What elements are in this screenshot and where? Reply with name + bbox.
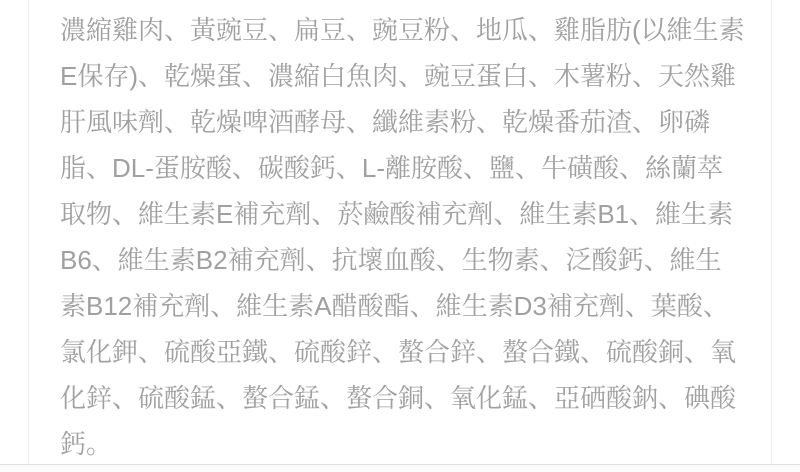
ingredient-text-line: E保存)、乾燥蛋、濃縮白魚肉、豌豆蛋白、木薯粉、天然雞 <box>60 53 771 99</box>
ingredients-page: 濃縮雞肉、黃豌豆、扁豆、豌豆粉、地瓜、雞脂肪(以維生素 E保存)、乾燥蛋、濃縮白… <box>0 0 800 472</box>
ingredient-text-line: B6、維生素B2補充劑、抗壞血酸、生物素、泛酸鈣、維生 <box>60 237 771 283</box>
ingredient-text-line: 素B12補充劑、維生素A醋酸酯、維生素D3補充劑、葉酸、 <box>60 283 771 329</box>
ingredient-text-line: 脂、DL-蛋胺酸、碳酸鈣、L-離胺酸、鹽、牛磺酸、絲蘭萃 <box>60 145 771 191</box>
ingredient-text-line: 取物、維生素E補充劑、菸鹼酸補充劑、維生素B1、維生素 <box>60 191 771 237</box>
ingredient-text-line: 化鋅、硫酸錳、螯合錳、螯合銅、氧化錳、亞硒酸鈉、碘酸 <box>60 375 771 421</box>
ingredient-text-line: 肝風味劑、乾燥啤酒酵母、纖維素粉、乾燥番茄渣、卵磷 <box>60 99 771 145</box>
ingredient-text-line: 氯化鉀、硫酸亞鐵、硫酸鋅、螯合鋅、螯合鐵、硫酸銅、氧 <box>60 329 771 375</box>
ingredient-text-line: 濃縮雞肉、黃豌豆、扁豆、豌豆粉、地瓜、雞脂肪(以維生素 <box>60 7 771 53</box>
ingredients-paragraph: 濃縮雞肉、黃豌豆、扁豆、豌豆粉、地瓜、雞脂肪(以維生素 E保存)、乾燥蛋、濃縮白… <box>29 0 771 464</box>
ingredients-card: 濃縮雞肉、黃豌豆、扁豆、豌豆粉、地瓜、雞脂肪(以維生素 E保存)、乾燥蛋、濃縮白… <box>28 0 772 464</box>
next-section-edge <box>0 465 800 472</box>
ingredient-text-line: 鈣。 <box>60 421 771 464</box>
